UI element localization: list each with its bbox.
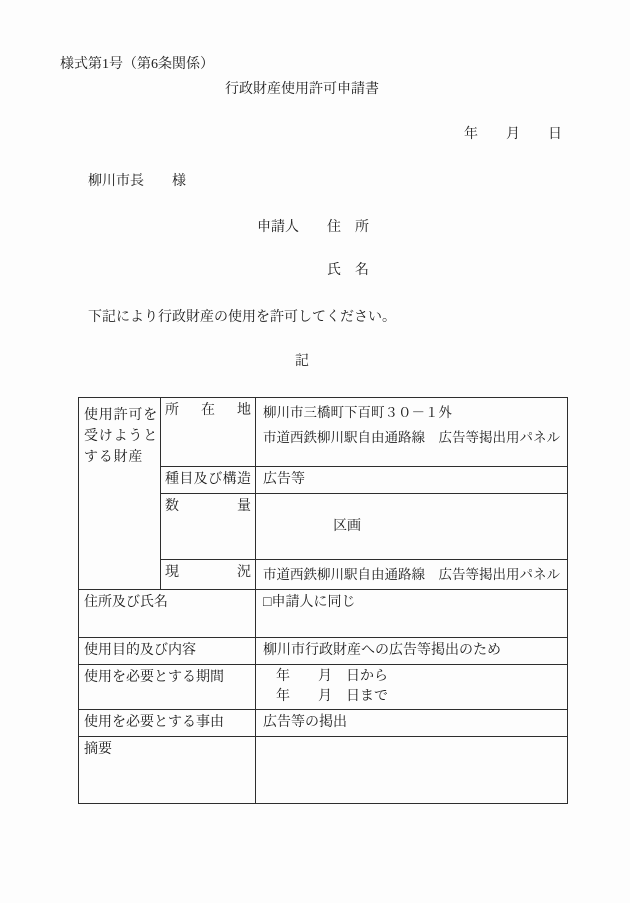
location-value-line2: 市道西鉄柳川駅自由通路線 広告等掲出用パネル	[263, 425, 561, 450]
application-form-page: 様式第1号（第6条関係） 行政財産使用許可申請書 年 月 日 柳川市長 様 申請…	[0, 0, 630, 903]
table-row-location: 使用許可を受けようとする財産 所在地 柳川市三橋町下百町３０－１外 市道西鉄柳川…	[79, 398, 568, 467]
purpose-value: 柳川市行政財産への広告等掲出のため	[256, 638, 568, 665]
period-value: 年 月 日から 年 月 日まで	[256, 665, 568, 710]
applicant-name-label: 氏 名	[327, 261, 369, 281]
reason-value: 広告等の掲出	[256, 710, 568, 737]
addressee-mayor: 柳川市長 様	[88, 172, 186, 192]
table-row-remarks: 摘要	[79, 737, 568, 804]
remarks-label: 摘要	[79, 737, 256, 804]
condition-value-line: 市道西鉄柳川駅自由通路線 広告等掲出用パネル	[263, 562, 561, 587]
remarks-value	[256, 737, 568, 804]
applicant-address-label: 申請人 住 所	[257, 218, 369, 238]
location-label: 所在地	[161, 398, 256, 467]
location-value-line1: 柳川市三橋町下百町３０－１外	[263, 400, 561, 425]
location-value: 柳川市三橋町下百町３０－１外 市道西鉄柳川駅自由通路線 広告等掲出用パネル	[256, 398, 568, 467]
quantity-value: 区画	[256, 494, 568, 560]
condition-value: 市道西鉄柳川駅自由通路線 広告等掲出用パネル	[256, 560, 568, 590]
date-line: 年 月 日	[0, 125, 562, 145]
address-name-label: 住所及び氏名	[79, 590, 256, 638]
address-name-value: □申請人に同じ	[256, 590, 568, 638]
table-row-reason: 使用を必要とする事由 広告等の掲出	[79, 710, 568, 737]
purpose-label: 使用目的及び内容	[79, 638, 256, 665]
application-table: 使用許可を受けようとする財産 所在地 柳川市三橋町下百町３０－１外 市道西鉄柳川…	[78, 397, 568, 804]
period-from: 年 月 日から	[276, 667, 561, 687]
property-group-label: 使用許可を受けようとする財産	[79, 398, 161, 590]
ki-heading: 記	[0, 352, 604, 372]
structure-value: 広告等	[256, 467, 568, 494]
period-label: 使用を必要とする期間	[79, 665, 256, 710]
quantity-label: 数量	[161, 494, 256, 560]
structure-label: 種目及び構造	[161, 467, 256, 494]
table-row-address-name: 住所及び氏名 □申請人に同じ	[79, 590, 568, 638]
period-to: 年 月 日まで	[276, 687, 561, 707]
request-sentence: 下記により行政財産の使用を許可してください。	[88, 308, 396, 328]
table-row-period: 使用を必要とする期間 年 月 日から 年 月 日まで	[79, 665, 568, 710]
same-as-applicant-text: 申請人に同じ	[271, 595, 355, 610]
condition-label: 現況	[161, 560, 256, 590]
reason-label: 使用を必要とする事由	[79, 710, 256, 737]
table-row-purpose: 使用目的及び内容 柳川市行政財産への広告等掲出のため	[79, 638, 568, 665]
document-title: 行政財産使用許可申請書	[0, 80, 604, 100]
form-number: 様式第1号（第6条関係）	[60, 55, 214, 75]
